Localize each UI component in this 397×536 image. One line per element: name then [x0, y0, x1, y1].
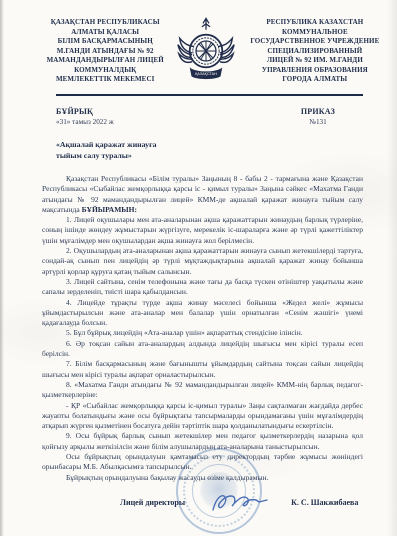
- closing-paragraph: Осы бұйрықтың орындалуын қамтамасыз ету …: [42, 452, 363, 473]
- document-header: ҚАЗАҚСТАН РЕСПУБЛИКАСЫ АЛМАТЫ ҚАЛАСЫ БІЛ…: [0, 0, 397, 88]
- scanned-order-document: ҚАЗАҚСТАН РЕСПУБЛИКАСЫ АЛМАТЫ ҚАЛАСЫ БІЛ…: [0, 0, 397, 536]
- order-item: 1. Лицей оқушылары мен ата-аналарынан ақ…: [42, 215, 363, 246]
- order-item: 9. Осы бұйрық барлық сынып жетекшілер ме…: [42, 431, 363, 452]
- org-line: СПЕЦИАЛИЗИРОВАННЫЙ: [240, 47, 390, 57]
- org-name-kazakh: ҚАЗАҚСТАН РЕСПУБЛИКАСЫ АЛМАТЫ ҚАЛАСЫ БІЛ…: [36, 18, 174, 85]
- intro-resolve-word: БҰЙЫРАМЫН:: [82, 205, 137, 214]
- order-item-bullet: - ҚР «Сыбайлас жемқорлыққа қарсы іс-қимы…: [42, 401, 363, 432]
- closing-paragraph: Бұйрықтың орындалуына бақылау жасауды өз…: [42, 473, 363, 483]
- intro-paragraph: Қазақстан Республикасы «Білім туралы» За…: [42, 174, 363, 215]
- header-divider: [56, 94, 363, 96]
- order-item: 4. Лицейде тұрақты түрде ақша жинау мәсе…: [42, 298, 363, 329]
- order-label-kk: БҰЙРЫҚ: [56, 107, 114, 116]
- order-label-ru: ПРИКАЗ: [301, 107, 335, 116]
- handwritten-signature: [207, 490, 277, 516]
- org-line: ГОСУДАРСТВЕННОЕ УЧРЕЖДЕНИЕ: [240, 37, 390, 47]
- org-name-russian: РЕСПУБЛИКА КАЗАХСТАН КОММУНАЛЬНОЕ ГОСУДА…: [240, 18, 390, 85]
- signature-row: Лицей директоры К. С. Шакжибаева: [120, 490, 397, 516]
- org-line: АЛМАТЫ ҚАЛАСЫ: [36, 28, 174, 38]
- order-date: «31» тамыз 2022 ж: [56, 118, 114, 126]
- org-line: М.ГАНДИ АТЫНДАҒЫ № 92: [36, 47, 174, 57]
- org-line: ГОРОДА АЛМАТЫ: [240, 75, 390, 85]
- order-number: №131: [301, 118, 335, 126]
- org-line: КОММУНАЛДЫҚ: [36, 66, 174, 76]
- order-item: 8. «Махатма Ганди атындағы № 92 мамандан…: [42, 380, 363, 401]
- org-line: ЛИЦЕЙ № 92 ИМ. М.ГАНДИ: [240, 56, 390, 66]
- order-item: 2. Оқушылардың ата-аналарынан ақша қараж…: [42, 246, 363, 277]
- emblem-banner-text: ҚАЗАҚСТАН: [195, 72, 217, 76]
- org-line: МЕМЛЕКЕТТІК МЕКЕМЕСІ: [36, 75, 174, 85]
- order-russian-block: ПРИКАЗ №131: [301, 107, 335, 126]
- org-line: ҚАЗАҚСТАН РЕСПУБЛИКАСЫ: [36, 18, 174, 28]
- order-item: 5. Бұл бұйрық лицейдің «Ата-аналар үшін»…: [42, 328, 363, 338]
- order-title-row: БҰЙРЫҚ «31» тамыз 2022 ж ПРИКАЗ №131: [56, 107, 335, 126]
- subject-line: тыйым салу туралы»: [56, 150, 397, 161]
- org-line: УПРАВЛЕНИЯ ОБРАЗОВАНИЯ: [240, 66, 390, 76]
- org-line: МАМАНДАНДЫРЫЛҒАН ЛИЦЕЙ: [36, 56, 174, 66]
- order-kazakh-block: БҰЙРЫҚ «31» тамыз 2022 ж: [56, 107, 114, 126]
- org-line: БІЛІМ БАСҚАРМАСЫНЫҢ: [36, 37, 174, 47]
- order-body: Қазақстан Республикасы «Білім туралы» За…: [42, 174, 363, 483]
- order-item: 6. Әр тоқсан сайын ата-аналардың алдында…: [42, 339, 363, 360]
- order-item: 7. Білім басқармасының және бағынышты ұй…: [42, 359, 363, 380]
- org-line: КОММУНАЛЬНОЕ: [240, 28, 390, 38]
- order-item: 3. Лицей сайтына, сенім телефонына және …: [42, 277, 363, 298]
- org-line: РЕСПУБЛИКА КАЗАХСТАН: [240, 18, 390, 28]
- signatory-name: К. С. Шакжибаева: [291, 498, 358, 507]
- coat-of-arms-icon: ҚАЗАҚСТАН: [176, 14, 235, 88]
- order-subject: «Ақшалай қаражат жинауға тыйым салу тура…: [56, 139, 397, 161]
- subject-line: «Ақшалай қаражат жинауға: [56, 139, 397, 150]
- signatory-role: Лицей директоры: [120, 498, 185, 507]
